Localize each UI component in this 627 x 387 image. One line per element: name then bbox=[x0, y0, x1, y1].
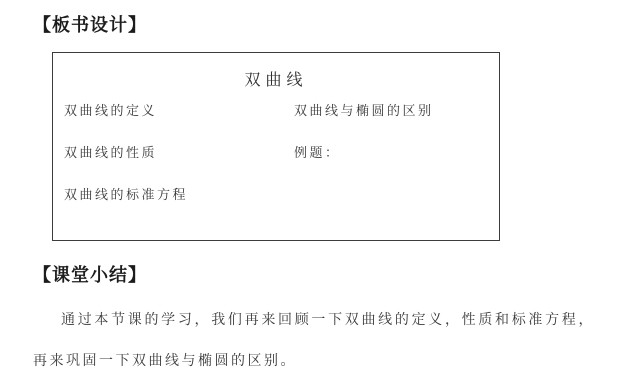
document-page: 【板书设计】 双曲线 双曲线的定义 双曲线的性质 双曲线的标准方程 双曲线与椭圆… bbox=[0, 0, 627, 387]
class-summary-paragraph: 通过本节课的学习，我们再来回顾一下双曲线的定义，性质和标准方程，再来巩固一下双曲… bbox=[33, 300, 595, 382]
board-design-heading: 【板书设计】 bbox=[33, 11, 147, 37]
board-item-example-problems: 例题： bbox=[294, 142, 341, 161]
board-item-definition: 双曲线的定义 bbox=[64, 100, 157, 119]
board-title: 双曲线 bbox=[53, 67, 499, 90]
board-item-difference-ellipse: 双曲线与椭圆的区别 bbox=[294, 100, 434, 119]
blackboard-design-box: 双曲线 双曲线的定义 双曲线的性质 双曲线的标准方程 双曲线与椭圆的区别 例题： bbox=[52, 52, 500, 241]
board-item-properties: 双曲线的性质 bbox=[64, 142, 157, 161]
class-summary-heading: 【课堂小结】 bbox=[33, 261, 147, 287]
board-item-standard-equation: 双曲线的标准方程 bbox=[64, 184, 188, 203]
